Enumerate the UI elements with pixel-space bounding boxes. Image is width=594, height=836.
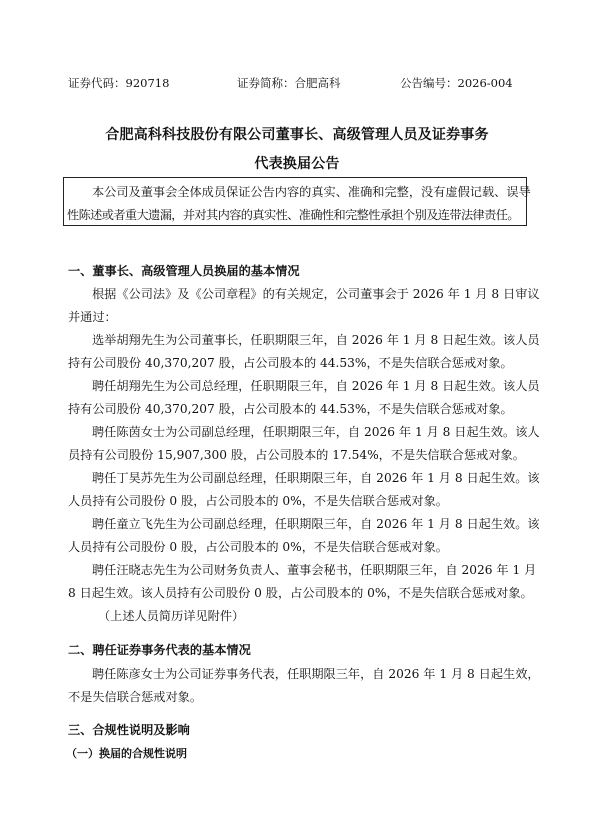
resume-note: （上述人员简历详见附件） bbox=[98, 607, 244, 624]
appointment-chairman-line1: 选举胡翔先生为公司董事长，任职期限三年，自 2026 年 1 月 8 日起生效。… bbox=[92, 331, 540, 348]
appointment-vp-ding-line2: 人员持有公司股份 0 股，占公司股本的 0%，不是失信联合惩戒对象。 bbox=[68, 492, 448, 509]
section2-line2: 不是失信联合惩戒对象。 bbox=[68, 688, 202, 705]
appointment-vp-tong-line1: 聘任童立飞先生为公司副总经理，任职期限三年，自 2026 年 1 月 8 日起生… bbox=[92, 515, 540, 532]
security-code: 证券代码：920718 bbox=[68, 75, 169, 91]
appointment-vp-tong-line2: 人员持有公司股份 0 股，占公司股本的 0%，不是失信联合惩戒对象。 bbox=[68, 538, 448, 555]
appointment-gm-line1: 聘任胡翔先生为公司总经理，任职期限三年，自 2026 年 1 月 8 日起生效。… bbox=[92, 377, 540, 394]
document-title-line2: 代表换届公告 bbox=[0, 153, 594, 173]
section1-heading: 一、董事长、高级管理人员换届的基本情况 bbox=[68, 262, 300, 279]
appointment-vp-chen-line2: 员持有公司股份 15,907,300 股，占公司股本的 17.54%，不是失信联… bbox=[68, 446, 525, 463]
section1-intro-line2: 并通过： bbox=[68, 308, 117, 325]
section3-subheading: （一）换届的合规性说明 bbox=[66, 745, 187, 761]
appointment-chairman-line2: 持有公司股份 40,370,207 股，占公司股本的 44.53%，不是失信联合… bbox=[68, 354, 513, 371]
section1-intro-line1: 根据《公司法》及《公司章程》的有关规定，公司董事会于 2026 年 1 月 8 … bbox=[92, 285, 540, 302]
appointment-cfo-line1: 聘任汪晓志先生为公司财务负责人、董事会秘书，任职期限三年，自 2026 年 1 … bbox=[92, 561, 536, 578]
section3-heading: 三、合规性说明及影响 bbox=[68, 721, 190, 738]
appointment-vp-ding-line1: 聘任丁昊苏先生为公司副总经理，任职期限三年，自 2026 年 1 月 8 日起生… bbox=[92, 469, 540, 486]
section2-line1: 聘任陈彦女士为公司证券事务代表，任职期限三年，自 2026 年 1 月 8 日起… bbox=[92, 665, 540, 682]
document-title-line1: 合肥高科科技股份有限公司董事长、高级管理人员及证券事务 bbox=[0, 124, 594, 144]
disclaimer-line2: 性陈述或者重大遗漏，并对其内容的真实性、准确性和完整性承担个别及连带法律责任。 bbox=[67, 206, 519, 223]
disclaimer-box: 本公司及董事会全体成员保证公告内容的真实、准确和完整，没有虚假记载、误导 性陈述… bbox=[63, 177, 527, 226]
announcement-number: 公告编号：2026-004 bbox=[400, 75, 513, 91]
security-abbreviation: 证券简称：合肥高科 bbox=[237, 75, 341, 91]
appointment-gm-line2: 持有公司股份 40,370,207 股，占公司股本的 44.53%，不是失信联合… bbox=[68, 400, 513, 417]
disclaimer-line1: 本公司及董事会全体成员保证公告内容的真实、准确和完整，没有虚假记载、误导 bbox=[92, 183, 531, 200]
section2-heading: 二、聘任证券事务代表的基本情况 bbox=[68, 641, 251, 658]
appointment-cfo-line2: 8 日起生效。该人员持有公司股份 0 股，占公司股本的 0%，不是失信联合惩戒对… bbox=[68, 584, 533, 601]
appointment-vp-chen-line1: 聘任陈茵女士为公司副总经理，任职期限三年，自 2026 年 1 月 8 日起生效… bbox=[92, 423, 540, 440]
